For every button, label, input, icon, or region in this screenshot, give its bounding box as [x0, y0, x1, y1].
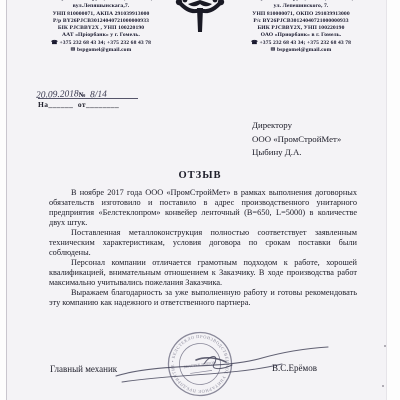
phone-line: ☎ +375 232 68 43 34; +375 232 68 43 78	[226, 40, 376, 47]
email-line: ✉ bspgomel@gmail.com	[28, 47, 174, 54]
addressee-line: ООО «ПромСтройМет»	[252, 133, 341, 147]
letterhead-line: ААТ «Пріорбанк» у г. Гомель.	[28, 32, 174, 39]
letterhead-line: вул.Лепяшынскага,7.	[28, 3, 174, 10]
email-line: ✉ bspgomel@gmail.com	[226, 47, 376, 54]
paragraph: Персонал компании отличается грамотным п…	[49, 258, 357, 288]
scan-edge-right	[386, 0, 400, 400]
handwritten-signature	[112, 336, 332, 388]
na-ot-line: На______ от________	[38, 100, 119, 109]
letterhead-left: Рэспубліка Беларусь, 246015, г. Гомель, …	[28, 0, 174, 54]
phone-line: ☎ +375 232 68 43 34; +375 232 68 43 78	[28, 40, 174, 47]
letterhead-right: Республика Беларусь, 246015, г. Гомель, …	[226, 0, 376, 54]
reference-block: 20.09.2018№ 8/14 На______ от________	[36, 84, 156, 102]
scan-speckle	[382, 385, 384, 387]
addressee-line: Цыбину Д.А.	[252, 146, 341, 160]
signer-role: Главный механик	[50, 364, 117, 374]
reference-underline	[38, 98, 138, 99]
letterhead-line: УНП 810000071, АКПА 291039913000	[28, 11, 174, 18]
letterhead-line: Р/р BY26PJCB30124040721000000933	[28, 18, 174, 25]
paragraph: Выражаем благодарность за уже выполненну…	[49, 288, 357, 308]
letterhead-line: ОАО «Приорбанк» в г. Гомель.	[226, 32, 376, 39]
paragraph: Поставленная металлоконструкция полность…	[49, 228, 357, 258]
addressee-line: Директору	[252, 119, 341, 133]
scan-edge-left	[0, 0, 7, 400]
palmette-plant-emblem-icon	[174, 0, 226, 34]
addressee-block: Директору ООО «ПромСтройМет» Цыбину Д.А.	[252, 119, 341, 160]
letterhead-line: УНП 810000071, ОКПО 291039913000	[226, 11, 376, 18]
scanned-letter: Рэспубліка Беларусь, 246015, г. Гомель, …	[0, 0, 400, 400]
scan-speckle	[384, 345, 386, 347]
letter-body: В ноябре 2017 года ООО «ПромСтройМет» в …	[49, 188, 357, 308]
letterhead-line: ул. Лепешинского, 7.	[226, 3, 376, 10]
letterhead-line: Р/с BY26PJCB30124040721000000933	[226, 18, 376, 25]
paragraph: В ноябре 2017 года ООО «ПромСтройМет» в …	[49, 188, 357, 228]
document-title: ОТЗЫВ	[100, 170, 300, 181]
